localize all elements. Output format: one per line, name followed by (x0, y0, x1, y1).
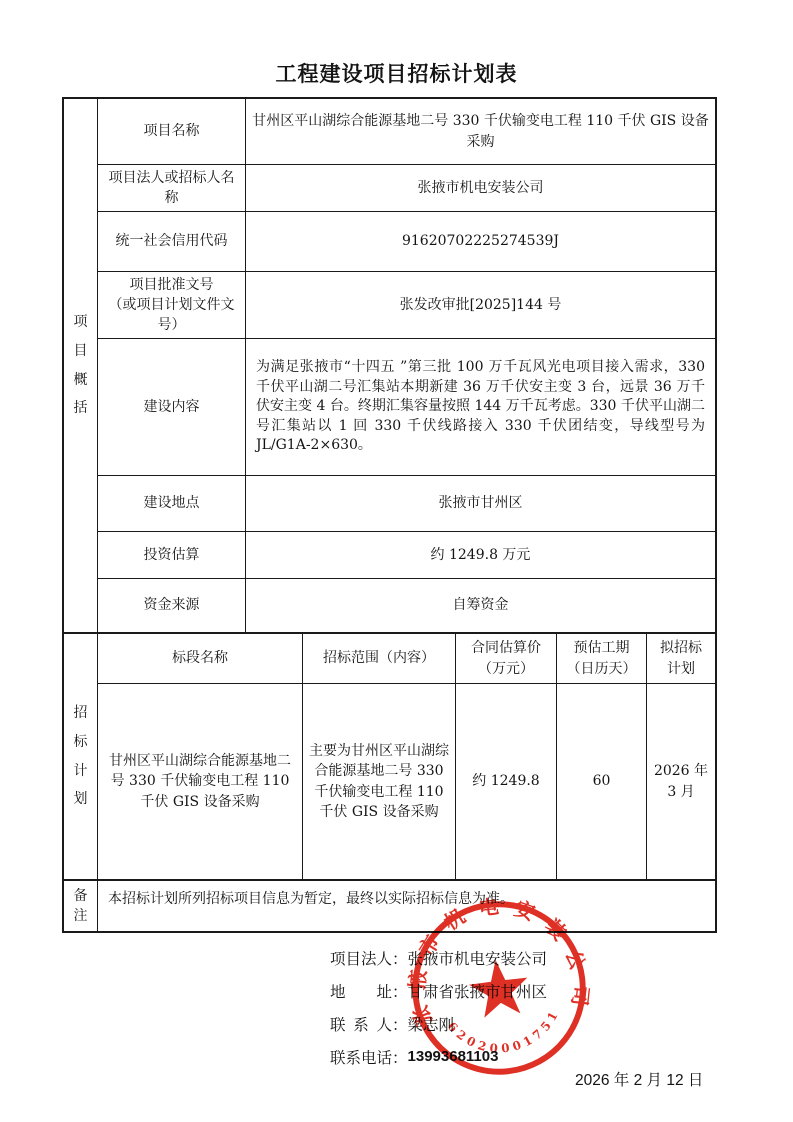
row-label-project-name: 项目名称 (98, 99, 246, 165)
row-label-legal-entity: 项目法人或招标人名称 (98, 165, 246, 212)
section-remarks: 备注 本招标计划所列招标项目信息为暂定，最终以实际招标信息为准。 (64, 881, 715, 931)
row-value-credit-code: 91620702225274539J (246, 212, 715, 272)
row-value-investment-estimate: 约 1249.8 万元 (246, 532, 715, 579)
row-label-credit-code: 统一社会信用代码 (98, 212, 246, 272)
row-value-legal-entity: 张掖市机电安装公司 (246, 165, 715, 212)
cell-section-name: 甘州区平山湖综合能源基地二号 330 千伏输变电工程 110 千伏 GIS 设备… (98, 684, 303, 879)
row-value-construction-content: 为满足张掖市“十四五 ”第三批 100 万千瓦风光电项目接入需求，330 千伏平… (246, 339, 715, 476)
cell-estimated-duration: 60 (557, 684, 647, 879)
remarks-label: 备注 (64, 881, 98, 931)
cell-contract-price: 约 1249.8 (456, 684, 557, 879)
row-value-approval-doc: 张发改审批[2025]144 号 (246, 272, 715, 339)
document-page: 工程建设项目招标计划表 项目概括 项目名称 甘州区平山湖综合能源基地二号 330… (0, 0, 793, 1122)
row-label-construction-content: 建设内容 (98, 339, 246, 476)
seal-star-icon (466, 956, 531, 1019)
company-seal-stamp: 张掖市机电安装公司 62020001751 (398, 887, 601, 1090)
row-label-funding-source: 资金来源 (98, 579, 246, 632)
row-value-location: 张掖市甘州区 (246, 476, 715, 532)
row-value-funding-source: 自筹资金 (246, 579, 715, 632)
footer-legal-entity-label: 项目法人 (330, 947, 392, 969)
footer-phone-label: 联系电话 (330, 1046, 392, 1068)
col-header-planned-date: 拟招标 计划 (647, 634, 715, 684)
section-project-overview: 项目概括 项目名称 甘州区平山湖综合能源基地二号 330 千伏输变电工程 110… (64, 99, 715, 634)
row-label-approval-doc: 项目批准文号 （或项目计划文件文号） (98, 272, 246, 339)
row-label-investment-estimate: 投资估算 (98, 532, 246, 579)
colon: ： (392, 1046, 408, 1068)
section-label-project-overview: 项目概括 (64, 99, 98, 632)
col-header-estimated-duration: 预估工期 （日历天） (557, 634, 647, 684)
row-value-project-name: 甘州区平山湖综合能源基地二号 330 千伏输变电工程 110 千伏 GIS 设备… (246, 99, 715, 165)
seal-company-text: 张掖市机电安装公司 (398, 887, 596, 1032)
document-date: 2026 年 2 月 12 日 (575, 1068, 703, 1090)
colon: ： (392, 980, 408, 1002)
section-bidding-plan: 招标计划 标段名称 招标范围（内容） 合同估算价 （万元） 预估工期 （日历天）… (64, 634, 715, 881)
col-header-contract-price: 合同估算价 （万元） (456, 634, 557, 684)
col-header-bid-scope: 招标范围（内容） (303, 634, 456, 684)
bidding-plan-table: 项目概括 项目名称 甘州区平山湖综合能源基地二号 330 千伏输变电工程 110… (62, 97, 717, 933)
footer-address-label: 地址 (330, 980, 392, 1002)
colon: ： (392, 1013, 408, 1035)
col-header-section-name: 标段名称 (98, 634, 303, 684)
section-label-bidding-plan: 招标计划 (64, 634, 98, 879)
page-title: 工程建设项目招标计划表 (0, 58, 793, 88)
cell-planned-date: 2026 年 3 月 (647, 684, 715, 879)
footer-contact-person-label: 联系人 (330, 1013, 392, 1035)
row-label-location: 建设地点 (98, 476, 246, 532)
cell-bid-scope: 主要为甘州区平山湖综合能源基地二号 330 千伏输变电工程 110 千伏 GIS… (303, 684, 456, 879)
